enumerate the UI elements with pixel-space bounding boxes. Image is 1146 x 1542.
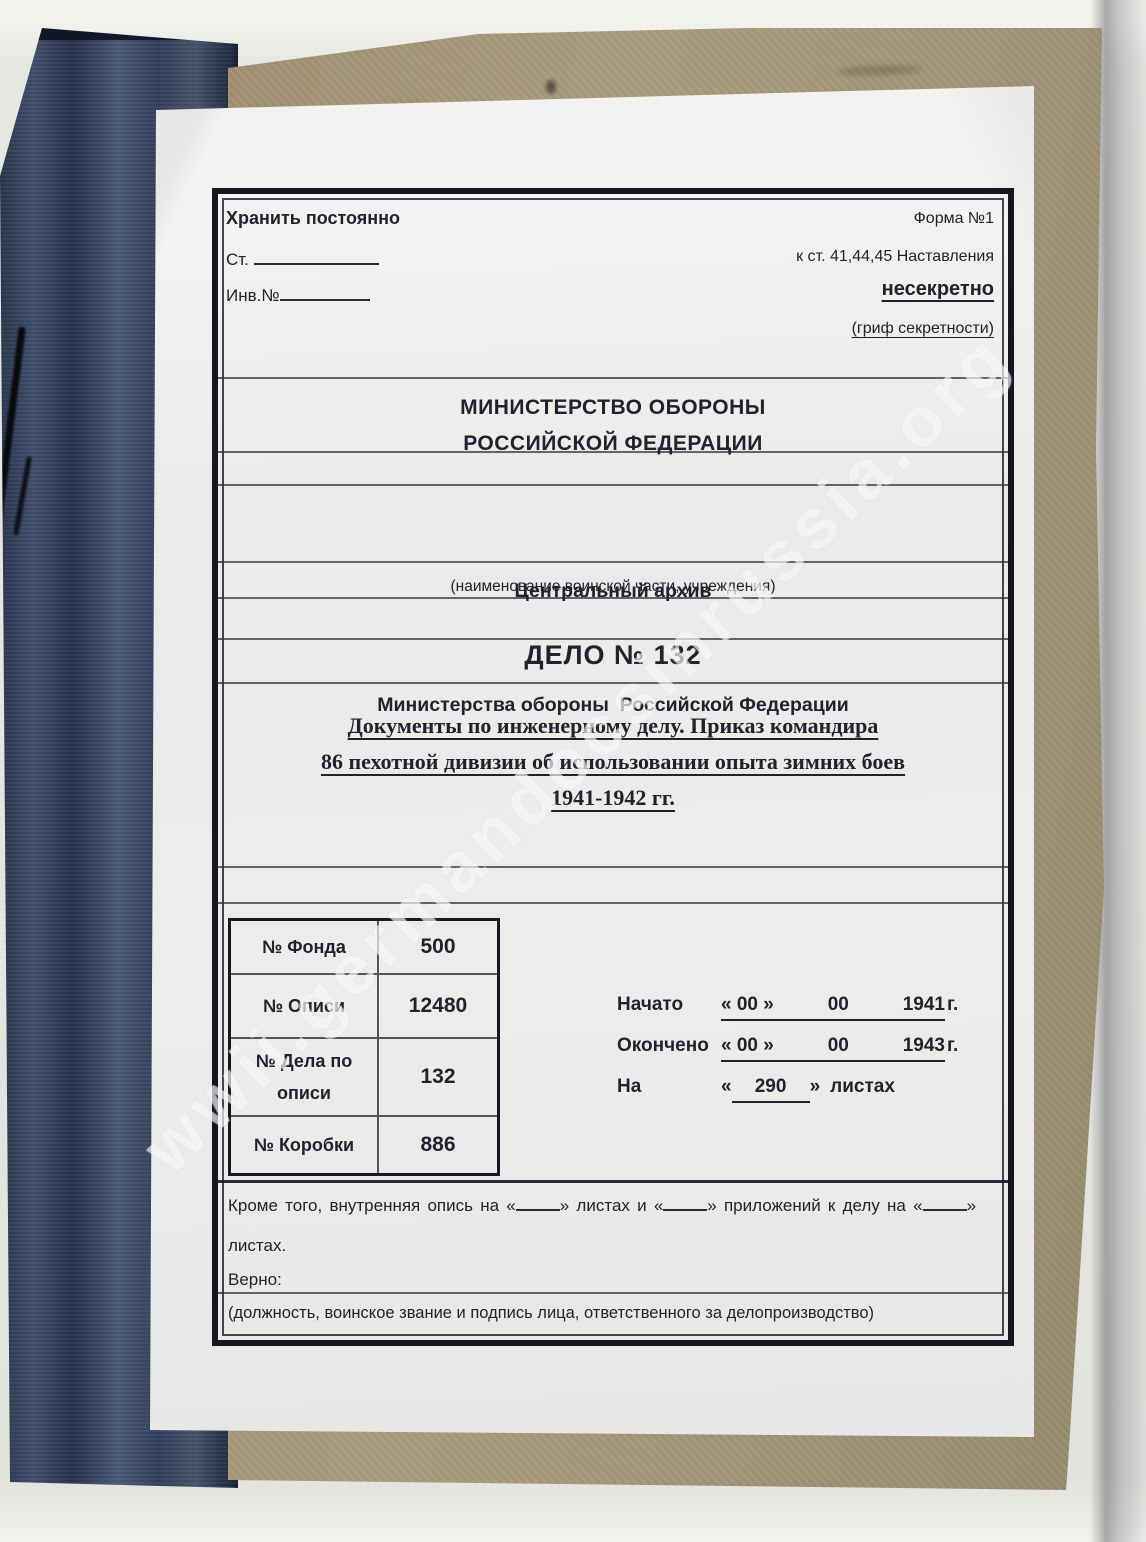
st-field-row: Ст. <box>226 250 379 270</box>
regulation-reference: к ст. 41,44,45 Наставления <box>796 248 994 266</box>
table-row-box-label: № Коробки <box>231 1115 377 1173</box>
finished-month: 00 <box>828 1035 849 1057</box>
year-suffix: г. <box>947 1035 958 1056</box>
certified-label: Верно: <box>228 1270 282 1290</box>
sheets-label: На <box>617 1076 721 1098</box>
inventory-field-row: Инв.№ <box>226 286 370 306</box>
finished-label: Окончено <box>617 1035 721 1057</box>
leather-crack <box>13 456 32 536</box>
case-subject-line3: 1941-1942 гг. <box>218 780 1008 816</box>
storage-directive: Хранить постоянно <box>226 208 400 229</box>
table-row-case-value: 132 <box>377 1037 497 1115</box>
started-label: Начато <box>617 994 721 1016</box>
rule-line <box>218 866 1008 868</box>
unit-caption: (наименование воинской части, учреждения… <box>218 578 1008 596</box>
finished-day: « 00 » <box>721 1035 774 1057</box>
note-blank-field <box>923 1196 967 1211</box>
rule-line <box>218 1180 1008 1183</box>
finished-year: 1943 <box>903 1035 945 1057</box>
internal-inventory-note: Кроме того, внутренняя опись на «» листа… <box>228 1196 976 1216</box>
inventory-field-label: Инв.№ <box>226 286 280 305</box>
started-date-field: « 00 »001941 <box>721 994 945 1021</box>
st-field-label: Ст. <box>226 250 249 269</box>
finished-row: Окончено« 00 »001943г. <box>617 1035 958 1062</box>
note-part3: » приложений к делу на « <box>707 1196 922 1215</box>
note-blank-field <box>516 1196 560 1211</box>
sheets-suffix: листах <box>830 1076 895 1097</box>
quote-open: « <box>721 1076 732 1097</box>
sheets-row: На«290»листах <box>617 1076 958 1103</box>
started-month: 00 <box>828 994 849 1016</box>
year-suffix: г. <box>947 994 958 1015</box>
rule-line <box>218 902 1008 904</box>
sheets-count-field: 290 <box>732 1076 810 1103</box>
table-row-box-value: 886 <box>377 1115 497 1173</box>
note-blank-field <box>663 1196 707 1211</box>
finished-date-field: « 00 »001943 <box>721 1035 945 1062</box>
position-caption: (должность, воинское звание и подпись ли… <box>228 1304 874 1323</box>
archive-folder-scan: Хранить постоянно Ст. Инв.№ Форма №1 к с… <box>0 0 1146 1542</box>
note-part4: » <box>967 1196 976 1215</box>
inventory-blank-field <box>280 286 370 301</box>
note-continuation: листах. <box>228 1236 286 1256</box>
started-day: « 00 » <box>721 994 774 1016</box>
form-number: Форма №1 <box>914 210 994 228</box>
note-part1: Кроме того, внутренняя опись на « <box>228 1196 516 1215</box>
secrecy-level: несекретно <box>882 278 994 301</box>
note-part2: » листах и « <box>560 1196 664 1215</box>
spine-top-edge <box>0 26 238 40</box>
ink-stain <box>546 80 556 94</box>
rule-line <box>218 377 1008 379</box>
rule-line <box>218 1292 1008 1294</box>
st-blank-field <box>254 250 379 265</box>
quote-close: » <box>810 1076 821 1097</box>
started-row: Начато« 00 »001941г. <box>617 994 958 1021</box>
started-year: 1941 <box>903 994 945 1016</box>
dates-block: Начато« 00 »001941г. Окончено« 00 »00194… <box>617 994 958 1117</box>
